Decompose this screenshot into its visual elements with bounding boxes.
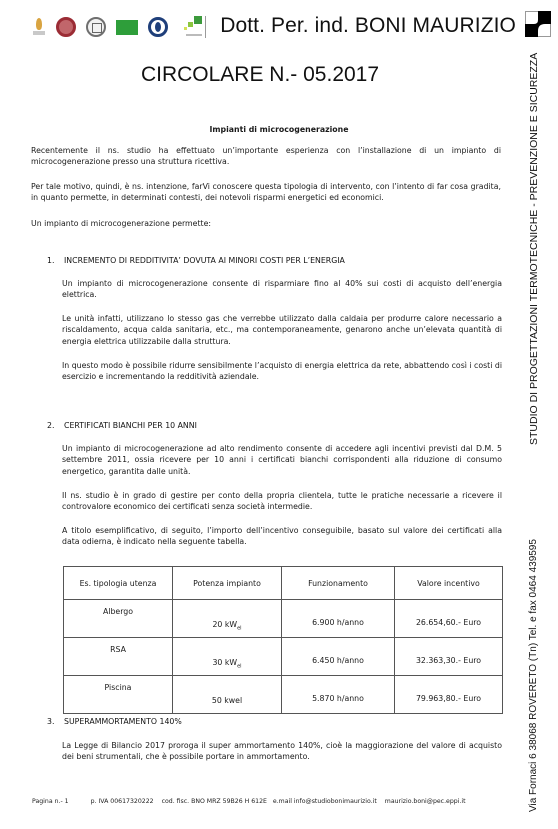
tax-code: cod. fisc. BNO MRZ 59B26 H 612E <box>162 798 267 805</box>
cell-utenza: Piscina <box>64 676 173 714</box>
cell-valore: 79.963,80.- Euro <box>395 676 503 714</box>
table-row: RSA 30 kWel 6.450 h/anno 32.363,30.- Eur… <box>64 638 503 676</box>
cell-funzionamento: 6.900 h/anno <box>282 600 395 638</box>
footer: Pagina n.- 1 p. IVA 00617320222 cod. fis… <box>32 798 480 805</box>
cell-potenza: 30 kWel <box>173 638 282 676</box>
cell-utenza: RSA <box>64 638 173 676</box>
column-header: Potenza impianto <box>173 567 282 600</box>
sidebar-studio-text: STUDIO DI PROGETTAZIONI TERMOTECNICHE - … <box>528 53 540 445</box>
table-row: Albergo 20 kWel 6.900 h/anno 26.654,60.-… <box>64 600 503 638</box>
cell-valore: 32.363,30.- Euro <box>395 638 503 676</box>
section-number: 1. <box>47 256 54 265</box>
sidebar-address-text: Via Fornaci 6 38068 ROVERETO (Tn) Tel. e… <box>528 539 539 812</box>
table-row: Piscina 50 kwel 5.870 h/anno 79.963,80.-… <box>64 676 503 714</box>
section-paragraph: Le unità infatti, utilizzano lo stesso g… <box>62 313 502 347</box>
header-logos <box>32 16 206 38</box>
section-paragraph: La Legge di Bilancio 2017 proroga il sup… <box>62 740 502 763</box>
cell-utenza: Albergo <box>64 600 173 638</box>
incentive-table: Es. tipologia utenza Potenza impianto Fu… <box>63 566 503 714</box>
section-paragraph: In questo modo è possibile ridurre sensi… <box>62 360 502 383</box>
cell-funzionamento: 5.870 h/anno <box>282 676 395 714</box>
cell-valore: 26.654,60.- Euro <box>395 600 503 638</box>
column-header: Valore incentivo <box>395 567 503 600</box>
cell-potenza: 50 kwel <box>173 676 282 714</box>
green-squares-logo-icon <box>178 16 206 38</box>
subheading: Impianti di microcogenerazione <box>0 124 558 135</box>
aica-logo-icon <box>32 17 46 37</box>
intro-paragraph: Recentemente il ns. studio ha effettuato… <box>31 145 501 168</box>
section-paragraph: Il ns. studio è in grado di gestire per … <box>62 490 502 513</box>
section-number: 3. <box>47 717 54 726</box>
grey-seal-logo-icon <box>86 17 106 37</box>
section-number: 2. <box>47 421 54 430</box>
cell-potenza: 20 kWel <box>173 600 282 638</box>
section-title: INCREMENTO DI REDDITIVITA’ DOVUTA AI MIN… <box>64 256 345 265</box>
red-seal-logo-icon <box>56 17 76 37</box>
section-paragraph: Un impianto di microcogenerazione consen… <box>62 278 502 301</box>
intro-paragraph: Per tale motivo, quindi, è ns. intenzion… <box>31 181 501 204</box>
table-header-row: Es. tipologia utenza Potenza impianto Fu… <box>64 567 503 600</box>
column-header: Funzionamento <box>282 567 395 600</box>
section-paragraph: A titolo esemplificativo, di seguito, l’… <box>62 525 502 548</box>
column-header: Es. tipologia utenza <box>64 567 173 600</box>
email-link[interactable]: e.mail info@studiobonimaurizio.it <box>273 798 377 805</box>
page-number: Pagina n.- 1 <box>32 798 69 805</box>
edatech-logo-icon <box>116 20 138 35</box>
section-paragraph: Un impianto di microcogenerazione ad alt… <box>62 443 502 477</box>
author-name: Dott. Per. ind. BONI MAURIZIO <box>220 14 516 38</box>
section-title: CERTIFICATI BIANCHI PER 10 ANNI <box>64 421 197 430</box>
intro-paragraph: Un impianto di microcogenerazione permet… <box>31 218 211 229</box>
blue-seal-logo-icon <box>148 17 168 37</box>
section-title: SUPERAMMORTAMENTO 140% <box>64 717 182 726</box>
pec-link[interactable]: maurizio.boni@pec.eppi.it <box>385 798 466 805</box>
studio-logo-icon <box>525 11 551 37</box>
cell-funzionamento: 6.450 h/anno <box>282 638 395 676</box>
document-title: CIRCOLARE N.- 05.2017 <box>0 63 520 87</box>
vat-number: p. IVA 00617320222 <box>91 798 154 805</box>
